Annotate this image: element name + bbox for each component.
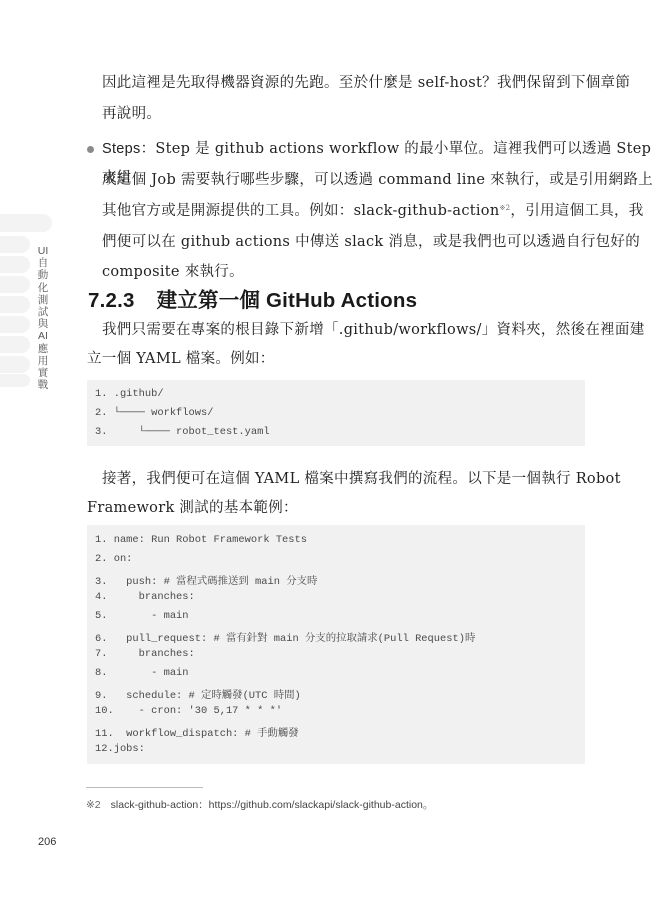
bullet-line-3-pre: 其他官方或是開源提供的工具。例如：slack-github-action: [102, 203, 499, 219]
paragraph-2-line-2: 立一個 YAML 檔案。例如：: [87, 345, 275, 374]
paragraph-3-line-2: Framework 測試的基本範例：: [87, 494, 298, 523]
code-line: 10. - cron: '30 5,17 * * *': [95, 705, 282, 717]
code-line: 6. pull_request: # 當有針對 main 分支的拉取請求(Pul…: [95, 629, 475, 645]
intro-line-2: 再說明。: [102, 100, 161, 129]
code-line: 1. name: Run Robot Framework Tests: [95, 534, 307, 546]
code-line: 2. on:: [95, 553, 132, 565]
code-block-yaml: 1. name: Run Robot Framework Tests 2. on…: [87, 525, 585, 764]
code-line: 8. - main: [95, 667, 189, 679]
side-tab: [0, 276, 30, 293]
bullet-term: Steps: [102, 141, 141, 157]
footnote-text: slack-github-action：https://github.com/s…: [111, 799, 434, 811]
section-heading: 7.2.3建立第一個 GitHub Actions: [88, 283, 417, 313]
section-number: 7.2.3: [88, 289, 135, 312]
bullet-line-3-post: ，引用這個工具，我: [510, 203, 643, 219]
bullet-line-2: 成這個 Job 需要執行哪些步驟，可以透過 command line 來執行，或…: [102, 166, 653, 195]
side-tab-top: [0, 214, 52, 232]
bullet-icon: [87, 146, 94, 153]
code-line: 3. push: # 當程式碼推送到 main 分支時: [95, 572, 317, 588]
code-line: 11. workflow_dispatch: # 手動觸發: [95, 724, 299, 740]
side-tab-label: UI自動化測試與AI應用實戰: [36, 245, 50, 391]
side-tab: [0, 356, 30, 373]
footnote-divider: [86, 787, 203, 788]
section-title: 建立第一個 GitHub Actions: [157, 289, 418, 312]
bullet-line-4: 們便可以在 github actions 中傳送 slack 消息，或是我們也可…: [102, 228, 640, 257]
side-tab: [0, 316, 30, 333]
code-line: 2. └──── workflows/: [95, 407, 213, 419]
side-tab: [0, 296, 30, 313]
bullet-line-3: 其他官方或是開源提供的工具。例如：slack-github-action※2，引…: [102, 197, 644, 226]
code-line: 9. schedule: # 定時觸發(UTC 時間): [95, 686, 301, 702]
side-tab: [0, 256, 30, 273]
code-line: 4. branches:: [95, 591, 195, 603]
side-tab: [0, 336, 30, 353]
footnote-ref: ※2: [499, 204, 510, 212]
code-line: 3. └──── robot_test.yaml: [95, 426, 270, 438]
paragraph-3-line-1: 接著，我們便可在這個 YAML 檔案中撰寫我們的流程。以下是一個執行 Robot: [102, 465, 621, 494]
page-number: 206: [38, 836, 56, 848]
code-line: 12.jobs:: [95, 743, 145, 755]
footnote: ※2slack-github-action：https://github.com…: [86, 797, 433, 812]
code-line: 1. .github/: [95, 388, 164, 400]
intro-line-1: 因此這裡是先取得機器資源的先跑。至於什麼是 self-host？我們保留到下個章…: [102, 69, 630, 98]
footnote-mark: ※2: [86, 799, 101, 811]
side-tab: [0, 236, 30, 253]
code-line: 5. - main: [95, 610, 189, 622]
code-block-tree: 1. .github/ 2. └──── workflows/ 3. └────…: [87, 380, 585, 446]
book-page: UI自動化測試與AI應用實戰 因此這裡是先取得機器資源的先跑。至於什麼是 sel…: [0, 0, 663, 897]
side-tab: [0, 374, 30, 387]
paragraph-2-line-1: 我們只需要在專案的根目錄下新增「.github/workflows/」資料夾，然…: [102, 316, 645, 345]
code-line: 7. branches:: [95, 648, 195, 660]
